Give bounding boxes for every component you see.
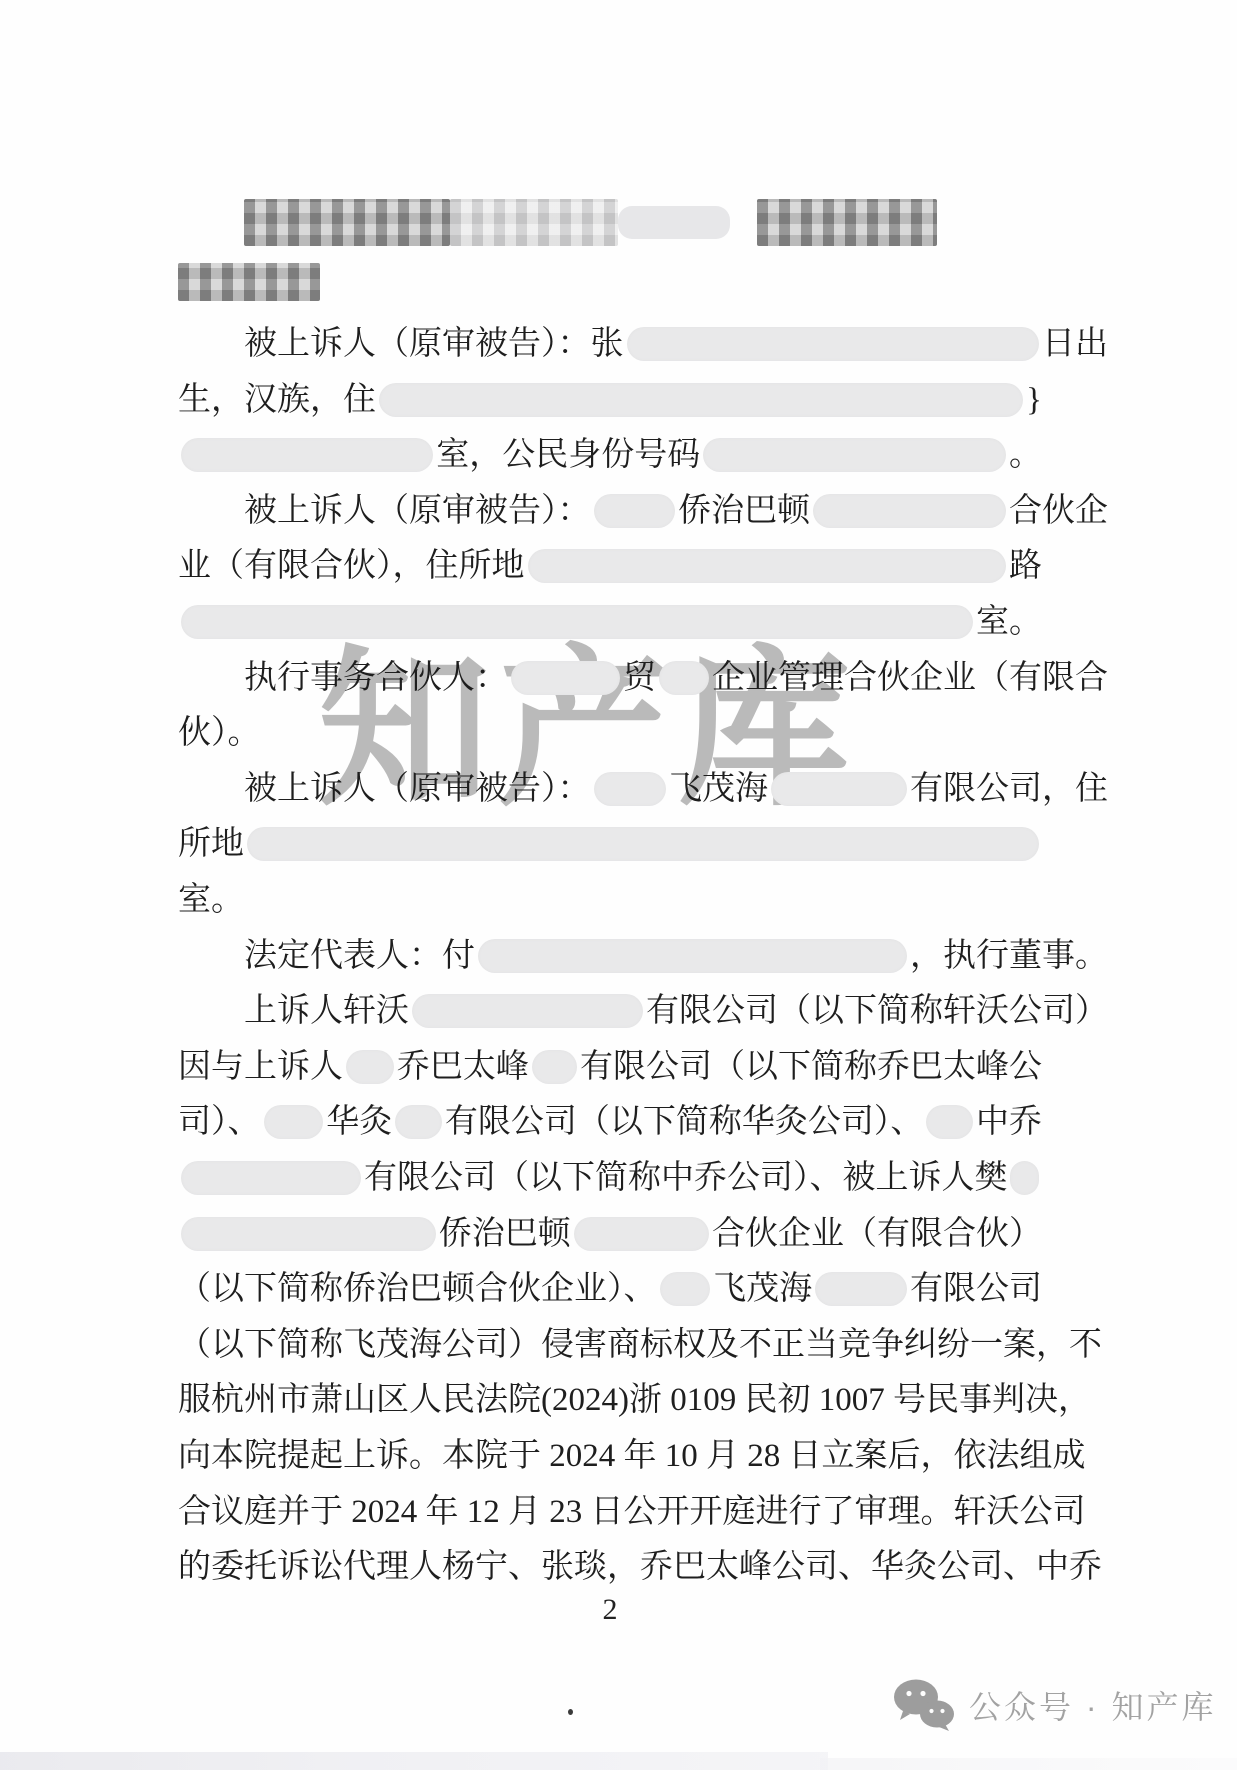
document-line: 室，公民身份号码。 — [178, 433, 1042, 477]
document-line: 被上诉人（原审被告）：张日出 — [178, 322, 1108, 366]
text-run: 企业管理合伙企业（有限合 — [712, 656, 1108, 700]
redaction-bar — [181, 1217, 436, 1251]
text-run: 华灸 — [326, 1100, 392, 1144]
redaction-bar — [532, 1050, 577, 1084]
text-run: 飞茂海 — [713, 1267, 812, 1311]
document-line: 向本院提起上诉。本院于 2024 年 10 月 28 日立案后，依法组成 — [178, 1434, 1042, 1478]
document-line: 室。 — [178, 878, 1042, 922]
redaction-bar — [926, 1105, 973, 1139]
document-line: 的委托诉讼代理人杨宁、张琰，乔巴太峰公司、华灸公司、中乔 — [178, 1545, 1042, 1589]
document-line: 所地 — [178, 822, 1042, 866]
text-run: 生，汉族，住 — [178, 378, 376, 422]
document-line: 因与上诉人乔巴太峰有限公司（以下简称乔巴太峰公 — [178, 1045, 1042, 1089]
document-line: 业（有限合伙），住所地路 — [178, 544, 1042, 588]
redaction-bar — [1010, 1161, 1039, 1195]
document-line: 上诉人轩沃有限公司（以下简称轩沃公司） — [178, 989, 1108, 1033]
text-run: 向本院提起上诉。本院于 2024 年 10 月 28 日立案后，依法组成 — [178, 1434, 1086, 1478]
redaction-bar — [181, 1161, 361, 1195]
redaction-bar — [703, 438, 1006, 472]
mosaic-redaction — [244, 199, 450, 246]
document-line: 室。 — [178, 600, 1042, 644]
document-line: 被上诉人（原审被告）：侨治巴顿合伙企 — [178, 489, 1108, 533]
text-run: 侨治巴顿 — [439, 1212, 571, 1256]
document-body: 被上诉人（原审被告）：张日出生，汉族，住}室，公民身份号码。被上诉人（原审被告）… — [0, 0, 1237, 1770]
redaction-bar — [574, 1217, 709, 1251]
text-run: 室。 — [178, 878, 244, 922]
text-run: 贸 — [623, 656, 656, 700]
text-run: } — [1026, 378, 1042, 422]
text-run: 所地 — [178, 822, 244, 866]
mosaic-redaction — [178, 263, 320, 301]
document-line: 服杭州市萧山区人民法院(2024)浙 0109 民初 1007 号民事判决， — [178, 1378, 1042, 1422]
text-run: 上诉人轩沃 — [244, 989, 409, 1033]
text-run: 被上诉人（原审被告）：张 — [244, 322, 624, 366]
redaction-bar — [815, 1272, 907, 1306]
scan-shadow-strip-right — [820, 1758, 1237, 1770]
text-run: （以下简称侨治巴顿合伙企业）、 — [178, 1267, 657, 1311]
text-run: 服杭州市萧山区人民法院(2024)浙 0109 民初 1007 号民事判决， — [178, 1378, 1091, 1422]
text-run: （以下简称飞茂海公司）侵害商标权及不正当竞争纠纷一案，不 — [178, 1323, 1102, 1367]
text-run: 执行事务合伙人： — [244, 656, 508, 700]
wechat-icon — [893, 1678, 955, 1732]
redaction-bar — [660, 1272, 711, 1306]
text-run: 法定代表人：付 — [244, 934, 475, 978]
text-run: 业（有限合伙），住所地 — [178, 544, 525, 588]
text-run: 合伙企业（有限合伙） — [712, 1212, 1042, 1256]
document-line: （以下简称侨治巴顿合伙企业）、飞茂海有限公司 — [178, 1267, 1042, 1311]
redaction-bar — [264, 1105, 324, 1139]
text-run: 室，公民身份号码 — [436, 433, 700, 477]
document-line: 合议庭并于 2024 年 12 月 23 日公开开庭进行了审理。轩沃公司 — [178, 1490, 1042, 1534]
redaction-bar — [395, 1105, 442, 1139]
document-line: （以下简称飞茂海公司）侵害商标权及不正当竞争纠纷一案，不 — [178, 1323, 1042, 1367]
redaction-bar — [618, 206, 730, 239]
text-run: 因与上诉人 — [178, 1045, 343, 1089]
document-line: 法定代表人：付，执行董事。 — [178, 934, 1108, 978]
text-run: 乔巴太峰 — [397, 1045, 529, 1089]
page-number: 2 — [178, 1593, 1042, 1627]
text-run: 有限公司 — [910, 1267, 1042, 1311]
text-run: 中乔 — [976, 1100, 1042, 1144]
text-run: 合议庭并于 2024 年 12 月 23 日公开开庭进行了审理。轩沃公司 — [178, 1490, 1086, 1534]
redaction-bar — [346, 1050, 394, 1084]
redaction-bar — [511, 661, 620, 695]
text-run: 有限公司（以下简称华灸公司）、 — [445, 1100, 924, 1144]
mosaic-redaction-row — [178, 199, 1108, 246]
document-page: 知产库 被上诉人（原审被告）：张日出生，汉族，住}室，公民身份号码。被上诉人（原… — [0, 0, 1237, 1770]
redaction-bar — [594, 494, 676, 528]
redaction-bar — [412, 994, 643, 1028]
document-line: 伙）。 — [178, 711, 1042, 755]
text-run: 日出 — [1042, 322, 1108, 366]
redaction-bar — [771, 772, 907, 806]
document-line: 执行事务合伙人：贸企业管理合伙企业（有限合 — [178, 656, 1108, 700]
text-run: 飞茂海 — [669, 767, 768, 811]
scan-shadow-strip — [0, 1752, 828, 1770]
text-run: 的委托诉讼代理人杨宁、张琰，乔巴太峰公司、华灸公司、中乔 — [178, 1545, 1102, 1589]
text-run: 有限公司，住 — [910, 767, 1108, 811]
redaction-bar — [594, 772, 667, 806]
redaction-bar — [627, 327, 1040, 361]
text-run: 合伙企 — [1009, 489, 1108, 533]
mosaic-redaction — [757, 199, 937, 246]
redaction-bar — [528, 549, 1007, 583]
footer-brand: 公众号 · 知产库 — [893, 1678, 1216, 1732]
text-run: 。 — [1009, 433, 1042, 477]
redaction-bar — [478, 939, 907, 973]
redaction-bar — [181, 605, 973, 639]
text-run: 路 — [1009, 544, 1042, 588]
mosaic-redaction-row — [178, 263, 1042, 301]
document-line: 侨治巴顿合伙企业（有限合伙） — [178, 1212, 1042, 1256]
text-run: 侨治巴顿 — [678, 489, 810, 533]
redaction-bar — [181, 438, 433, 472]
footer-brand-label: 公众号 · 知产库 — [969, 1682, 1216, 1728]
text-run: 伙）。 — [178, 711, 261, 755]
document-line: 司）、华灸有限公司（以下简称华灸公司）、中乔 — [178, 1100, 1042, 1144]
redaction-bar — [659, 661, 709, 695]
text-run: 被上诉人（原审被告）： — [244, 767, 591, 811]
text-run: 室。 — [976, 600, 1042, 644]
redaction-bar — [379, 383, 1023, 417]
text-run: ，执行董事。 — [910, 934, 1108, 978]
text-run: 有限公司（以下简称乔巴太峰公 — [580, 1045, 1042, 1089]
document-line: 被上诉人（原审被告）：飞茂海有限公司，住 — [178, 767, 1108, 811]
text-run: 有限公司（以下简称轩沃公司） — [646, 989, 1108, 1033]
document-line: 有限公司（以下简称中乔公司）、被上诉人樊 — [178, 1156, 1042, 1200]
document-line: 生，汉族，住} — [178, 378, 1042, 422]
mosaic-redaction — [450, 199, 618, 246]
text-run: 被上诉人（原审被告）： — [244, 489, 591, 533]
scan-speck — [568, 1709, 573, 1715]
text-run: 司）、 — [178, 1100, 261, 1144]
text-run: 有限公司（以下简称中乔公司）、被上诉人樊 — [364, 1156, 1008, 1200]
redaction-bar — [247, 827, 1039, 861]
redaction-bar — [813, 494, 1006, 528]
